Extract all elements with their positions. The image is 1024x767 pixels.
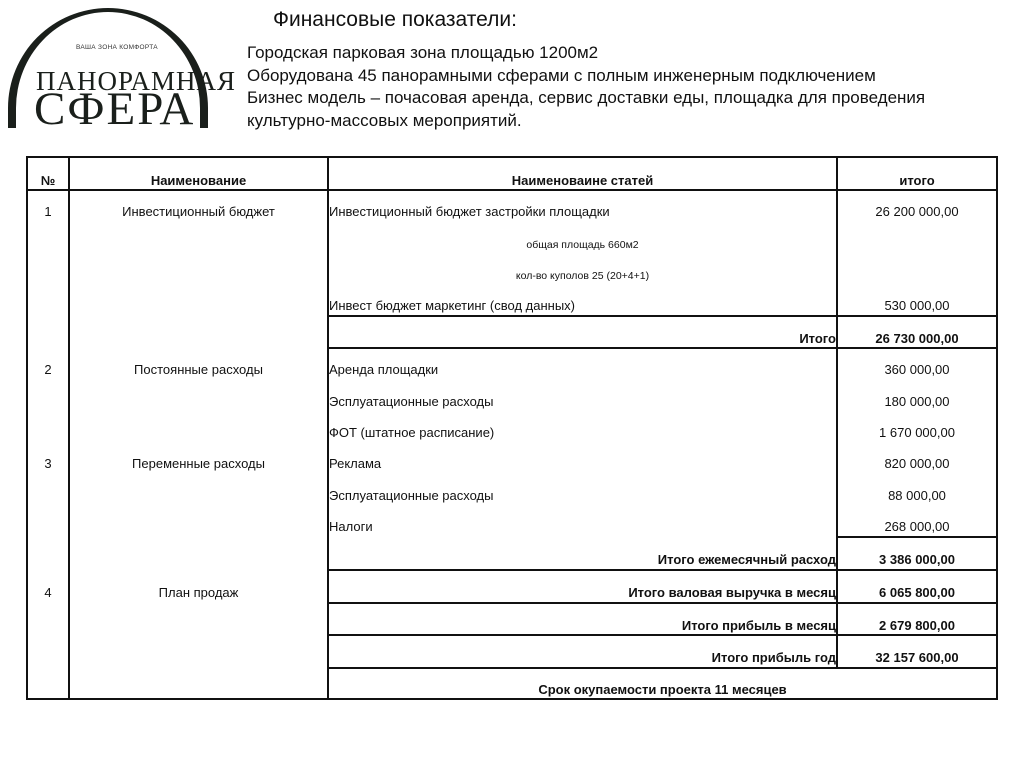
subtotal-value: 26 730 000,00 <box>838 331 996 347</box>
row-divider <box>327 602 998 604</box>
header-total: итого <box>838 173 996 189</box>
total-value: 32 157 600,00 <box>838 650 996 666</box>
item-value: 180 000,00 <box>838 394 996 410</box>
item-label: ФОТ (штатное расписание) <box>329 425 494 441</box>
item-value: 360 000,00 <box>838 362 996 378</box>
header-border <box>26 189 998 191</box>
table-border-top <box>26 156 998 158</box>
total-label: Итого валовая выручка в месяц <box>329 585 836 601</box>
total-value: 6 065 800,00 <box>838 585 996 601</box>
row-divider <box>836 536 998 538</box>
group-name: Инвестиционный бюджет <box>70 204 327 220</box>
table-border-left <box>26 156 28 700</box>
row-divider <box>327 569 998 571</box>
total-label: Итого прибыль в месяц <box>329 618 836 634</box>
item-value: 268 000,00 <box>838 519 996 535</box>
col-divider <box>68 156 70 700</box>
item-value: 26 200 000,00 <box>838 204 996 220</box>
row-divider <box>327 315 998 317</box>
item-label: Налоги <box>329 519 373 535</box>
header-items: Наименоваине статей <box>329 173 836 189</box>
payback-period: Срок окупаемости проекта 11 месяцев <box>329 682 996 698</box>
row-divider <box>327 634 998 636</box>
table-border-bottom <box>26 698 998 700</box>
group-num: 1 <box>28 204 68 220</box>
header-num: № <box>28 173 68 189</box>
item-value: 88 000,00 <box>838 488 996 504</box>
item-label: Аренда площадки <box>329 362 438 378</box>
group-name: Постоянные расходы <box>70 362 327 378</box>
item-value: 530 000,00 <box>838 298 996 314</box>
total-value: 2 679 800,00 <box>838 618 996 634</box>
total-label: Итого прибыль год <box>329 650 836 666</box>
group-num: 3 <box>28 456 68 472</box>
table-border-right <box>996 156 998 700</box>
subtotal-label: Итого <box>329 331 836 347</box>
group-num: 4 <box>28 585 68 601</box>
group-name: План продаж <box>70 585 327 601</box>
item-label: Реклама <box>329 456 381 472</box>
group-name: Переменные расходы <box>70 456 327 472</box>
total-label: Итого ежемесячный расход <box>329 552 836 568</box>
item-value: 1 670 000,00 <box>838 425 996 441</box>
item-label: Инвестиционный бюджет застройки площадки <box>329 204 610 220</box>
financial-table: № Наименование Наименоваине статей итого… <box>0 0 1024 767</box>
group-num: 2 <box>28 362 68 378</box>
header-name: Наименование <box>70 173 327 189</box>
item-label: Инвест бюджет маркетинг (свод данных) <box>329 298 575 314</box>
row-divider <box>327 347 998 349</box>
total-value: 3 386 000,00 <box>838 552 996 568</box>
item-label: Эсплуатационные расходы <box>329 488 493 504</box>
item-value: 820 000,00 <box>838 456 996 472</box>
item-label: общая площадь 660м2 <box>329 237 836 253</box>
item-label: кол-во куполов 25 (20+4+1) <box>329 268 836 284</box>
item-label: Эсплуатационные расходы <box>329 394 493 410</box>
row-divider <box>327 667 998 669</box>
